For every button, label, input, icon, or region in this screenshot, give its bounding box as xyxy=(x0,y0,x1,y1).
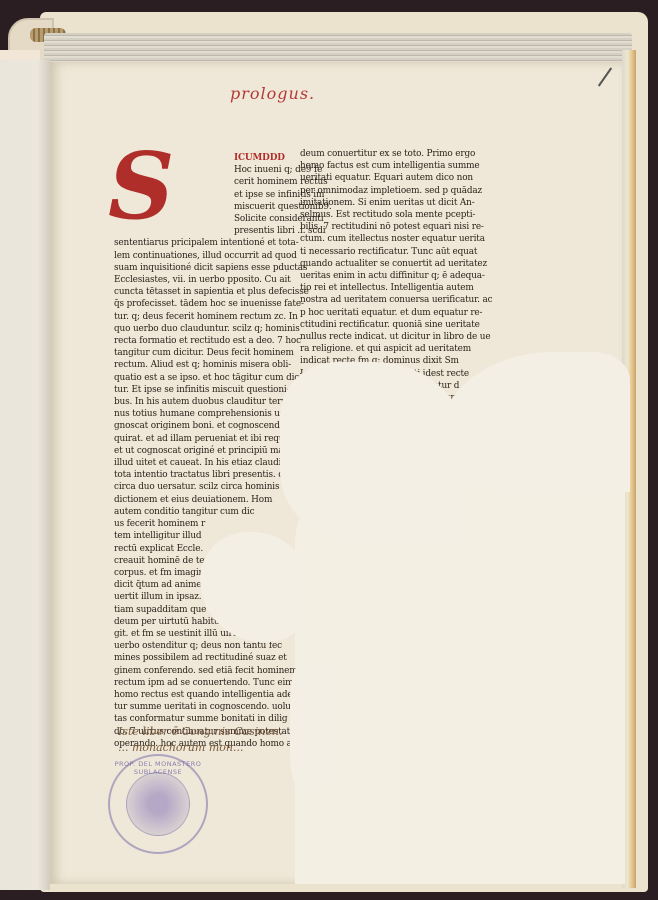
text-line: selmus. Est rectitudo sola mente pcepti- xyxy=(300,209,492,221)
ownership-inscription: Iste liber ē Cong.nis Casinen. ... monac… xyxy=(118,724,282,756)
text-line: rectum. Aliud est q; hominis misera obli… xyxy=(114,359,332,371)
text-line: cerit hominem rectus xyxy=(114,176,332,188)
text-line: quo uerbo duo clauduntur. scilz q; homin… xyxy=(114,323,332,335)
text-line: uerbo ostenditur q; deus non tantū fec xyxy=(114,640,332,652)
text-line: nostra ad ueritatem conuersa uerificatur… xyxy=(300,294,492,306)
text-line: suam inquisitioné dicit sapiens esse pdu… xyxy=(114,262,332,274)
text-line: miscuerit questionib9. xyxy=(114,201,332,213)
text-line: ueritas enim in actu diffinitur q; ē ade… xyxy=(300,270,492,282)
text-line: Hoc inueni q; de9 fe xyxy=(114,164,332,176)
paper-repair xyxy=(295,482,625,884)
text-line: homo factus est cum intelligentia summe xyxy=(300,160,492,172)
stamp-emblem-icon xyxy=(126,772,190,836)
left-facing-leaf xyxy=(0,60,50,890)
text-line: quando actualiter se conuertit ad uerita… xyxy=(300,258,492,270)
text-line: ctitudini rectificatur. quoniā sine ueri… xyxy=(300,319,492,331)
running-head: prologus. xyxy=(230,84,315,103)
text-line: git. et fm se uestinit illū uirtute xyxy=(114,628,332,640)
text-line: per omnimodaz impletioem. sed p quādaz xyxy=(300,185,492,197)
text-line: Solicite consideranti xyxy=(114,213,332,225)
text-line: ctum. cum itellectus noster equatur ueri… xyxy=(300,233,492,245)
text-line: sententiarus pricipalem intentioné et to… xyxy=(114,237,332,249)
text-line: ueritati equatur. Equari autem dico non xyxy=(300,172,492,184)
text-line: ra religione. et qui aspicit ad ueritate… xyxy=(300,343,492,355)
text-line: recta formatio et rectitudo est a deo. 7… xyxy=(114,335,332,347)
pencil-mark xyxy=(598,67,612,86)
text-line: ICUMDDD xyxy=(114,152,332,164)
text-line: Ecclesiastes, vii. in uerbo pposito. Cu … xyxy=(114,274,332,286)
text-line: bilis. 7 rectitudini nō potest equari ni… xyxy=(300,221,492,233)
text-line: lem continuationes, illud occurrit ad qu… xyxy=(114,250,332,262)
text-line: cuncta tētasset in sapientia et plus def… xyxy=(114,286,332,298)
text-line: us fecerit hominem r xyxy=(114,518,332,530)
library-stamp: PROP. DEL MONASTERO SUBLACENSE xyxy=(108,754,208,854)
text-line: q̄s profecisset. tādem hoc se inuenisse … xyxy=(114,298,332,310)
text-line: ti necessario rectificatur. Tunc aūt equ… xyxy=(300,246,492,258)
text-line: tangitur cum dicitur. Deus fecit hominem xyxy=(114,347,332,359)
text-line: tio rei et intellectus. Intelligentia au… xyxy=(300,282,492,294)
text-line: deum conuertitur ex se toto. Primo ergo xyxy=(300,148,492,160)
text-line: imitationem. Si enim ueritas ut dicit An… xyxy=(300,197,492,209)
text-line: nullus recte indicat. ut dicitur in libr… xyxy=(300,331,492,343)
stamp-text: PROP. DEL MONASTERO SUBLACENSE xyxy=(110,760,206,776)
text-line: p hoc ueritati equatur. et dum equatur r… xyxy=(300,307,492,319)
page-stack-edge xyxy=(44,33,632,63)
text-line: tur. q; deus fecerit hominem rectum zc. … xyxy=(114,311,332,323)
text-line: presentis libri .i. scdi xyxy=(114,225,332,237)
paper-loss xyxy=(290,662,330,792)
recto-page: prologus. S ICUMDDDHoc inueni q; de9 fec… xyxy=(50,62,622,884)
text-line: et ipse se infinitis im xyxy=(114,189,332,201)
